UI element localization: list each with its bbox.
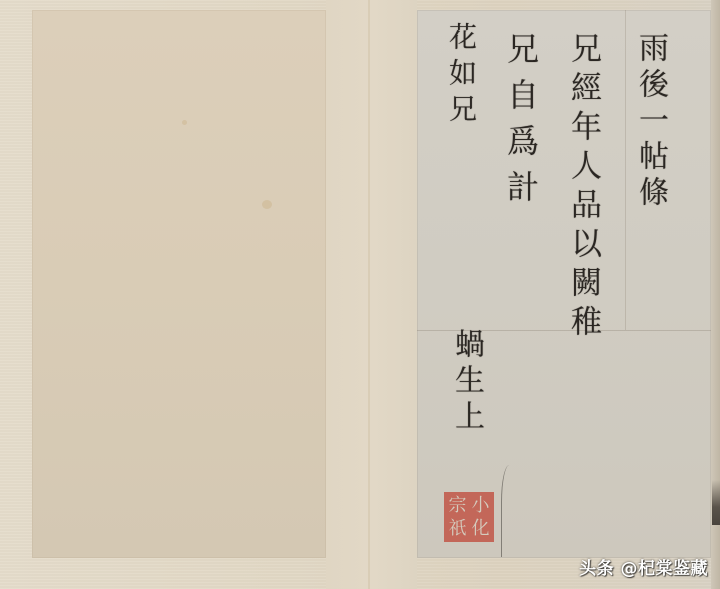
blank-left-leaf [32,10,326,558]
source-watermark: 头条 @杞棠鉴藏 [579,554,708,579]
seal-char: 小 [470,495,491,516]
seal-char: 宗 [447,495,468,516]
foxing-spot [262,200,272,209]
calligraphy-column-1: 雨後一帖條 [635,32,665,212]
signature-brush-tail [501,465,522,557]
seal-char: 化 [470,518,491,539]
foxing-spot [182,120,187,125]
letter-leaf: 雨後一帖條 兄經年人品以闕稚 兄自爲計 花如兄 蝸生上 宗 小 祇 化 [417,10,711,558]
red-seal-stamp: 宗 小 祇 化 [444,492,494,542]
seal-char: 祇 [447,518,468,539]
calligraphy-column-4: 花如兄 [447,22,475,130]
calligraphy-column-2: 兄經年人品以闕稚 [567,32,598,344]
calligraphy-column-3: 兄自爲計 [505,32,537,216]
mount-seam [368,0,370,589]
adjacent-leaf-shadow [712,480,720,525]
artist-signature: 蝸生上 [451,328,481,436]
mount-gutter [326,0,417,589]
fold-crease-vertical [625,10,626,330]
